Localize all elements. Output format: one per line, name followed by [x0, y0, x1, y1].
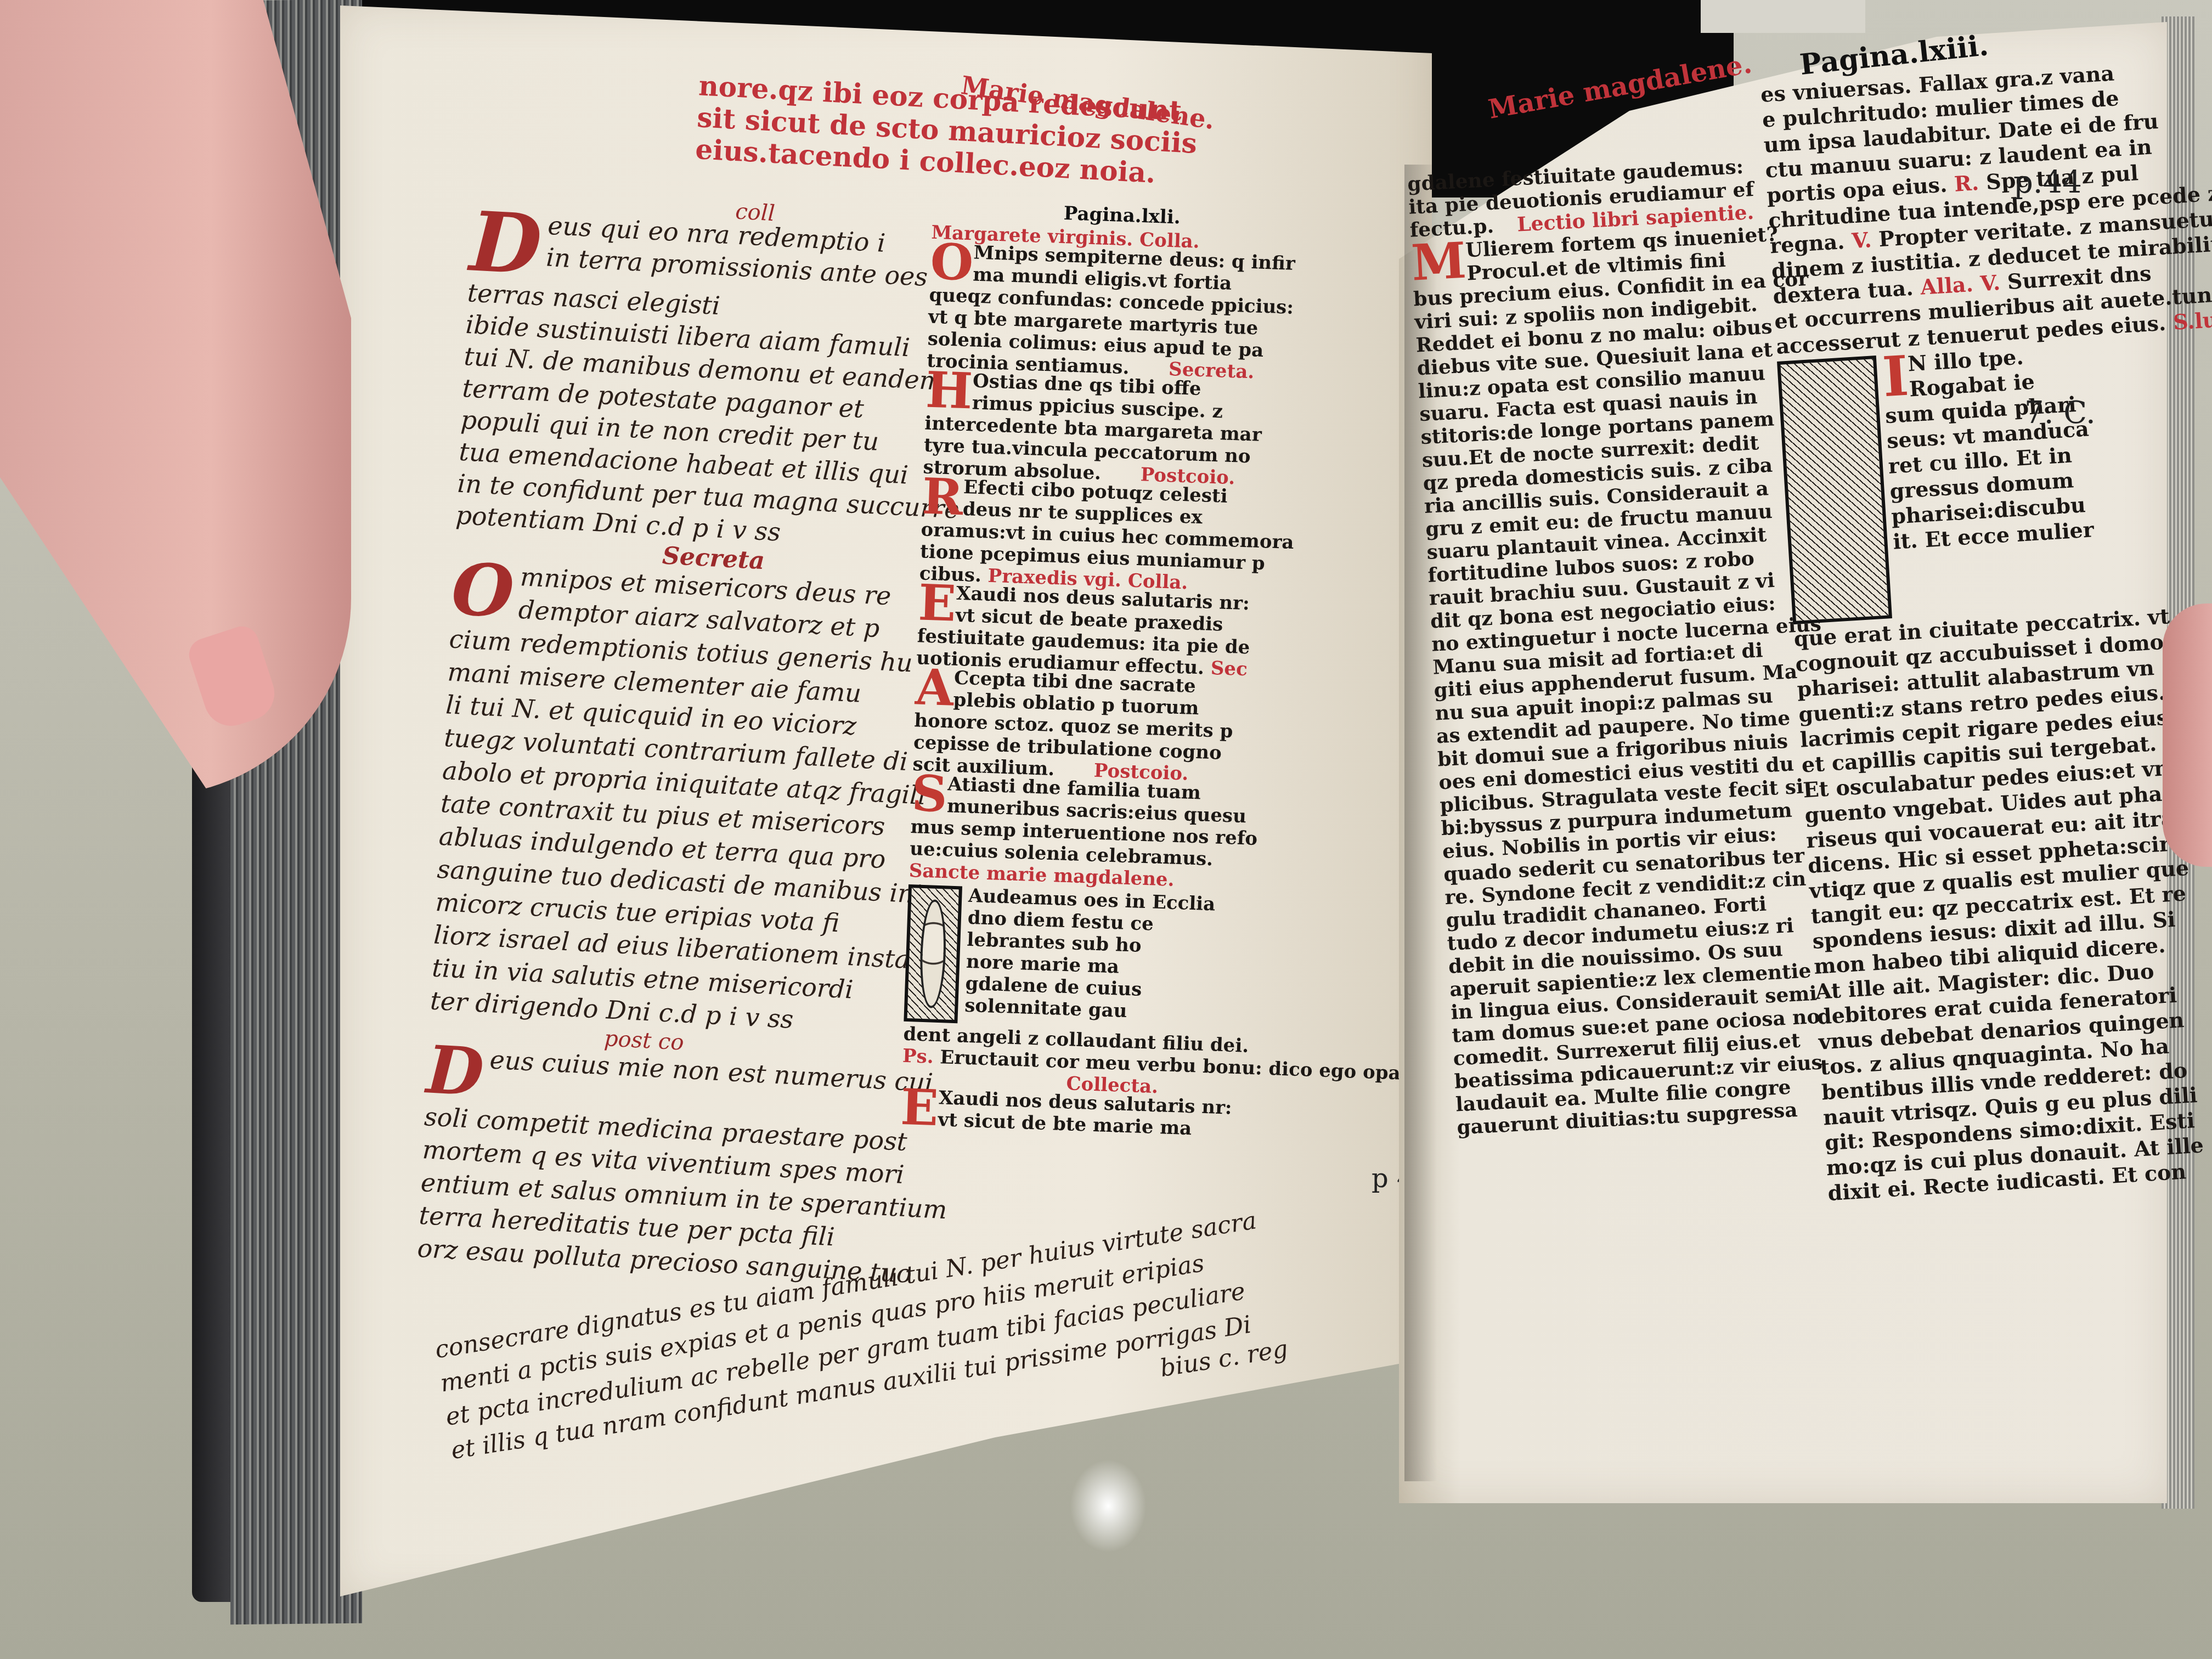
- woodcut-initial-g-icon: [904, 884, 962, 1023]
- secreta-label-2: Sec: [1210, 657, 1248, 680]
- printed-line: solennitate gau: [964, 996, 1212, 1024]
- woodcut-frame: [1777, 356, 1892, 624]
- printed-text: regna.: [1769, 229, 1846, 258]
- initial-e-2: E: [900, 1087, 939, 1128]
- gospel-label: S.lu.: [2172, 307, 2212, 335]
- right-hand-thumb: [2163, 603, 2212, 867]
- gradual-label: R.: [1954, 170, 1979, 196]
- initial-s: S: [911, 774, 948, 814]
- psalm-label: Ps.: [902, 1045, 934, 1068]
- light-reflection: [1070, 1459, 1147, 1553]
- open-book: nore.qz ibi eoz corpa redescunt sit sicu…: [192, 0, 2194, 1659]
- woodcut-christ-pharisee-icon: [1777, 356, 1892, 624]
- woodcut-initial-frame: [904, 884, 962, 1023]
- initial-m: M: [1410, 241, 1467, 283]
- alleluia-label: Alla.: [1920, 272, 1974, 300]
- initial-a: A: [915, 667, 954, 708]
- initial-o-printed: O: [929, 242, 974, 283]
- right-column-1: gdalene festiuitate gaudemus: ita pie de…: [1407, 156, 1808, 1137]
- margin-note-7c: 7. C.: [2024, 395, 2096, 431]
- initial-i: I: [1882, 354, 1910, 399]
- margin-note-p44-right: p.44: [2013, 165, 2082, 200]
- woodcut-figure: [918, 899, 947, 1008]
- left-printed-column: Pagina.lxli. Margarete virginis. Colla. …: [900, 198, 1240, 1139]
- verse-label: V.: [1851, 227, 1872, 253]
- initial-h: H: [925, 370, 973, 411]
- initial-d-2: D: [425, 1043, 485, 1099]
- verse-label-2: V.: [1979, 270, 2001, 296]
- initial-o: O: [450, 561, 516, 621]
- initial-d: D: [469, 208, 543, 278]
- initial-r: R: [922, 476, 964, 517]
- initial-e: E: [918, 583, 957, 623]
